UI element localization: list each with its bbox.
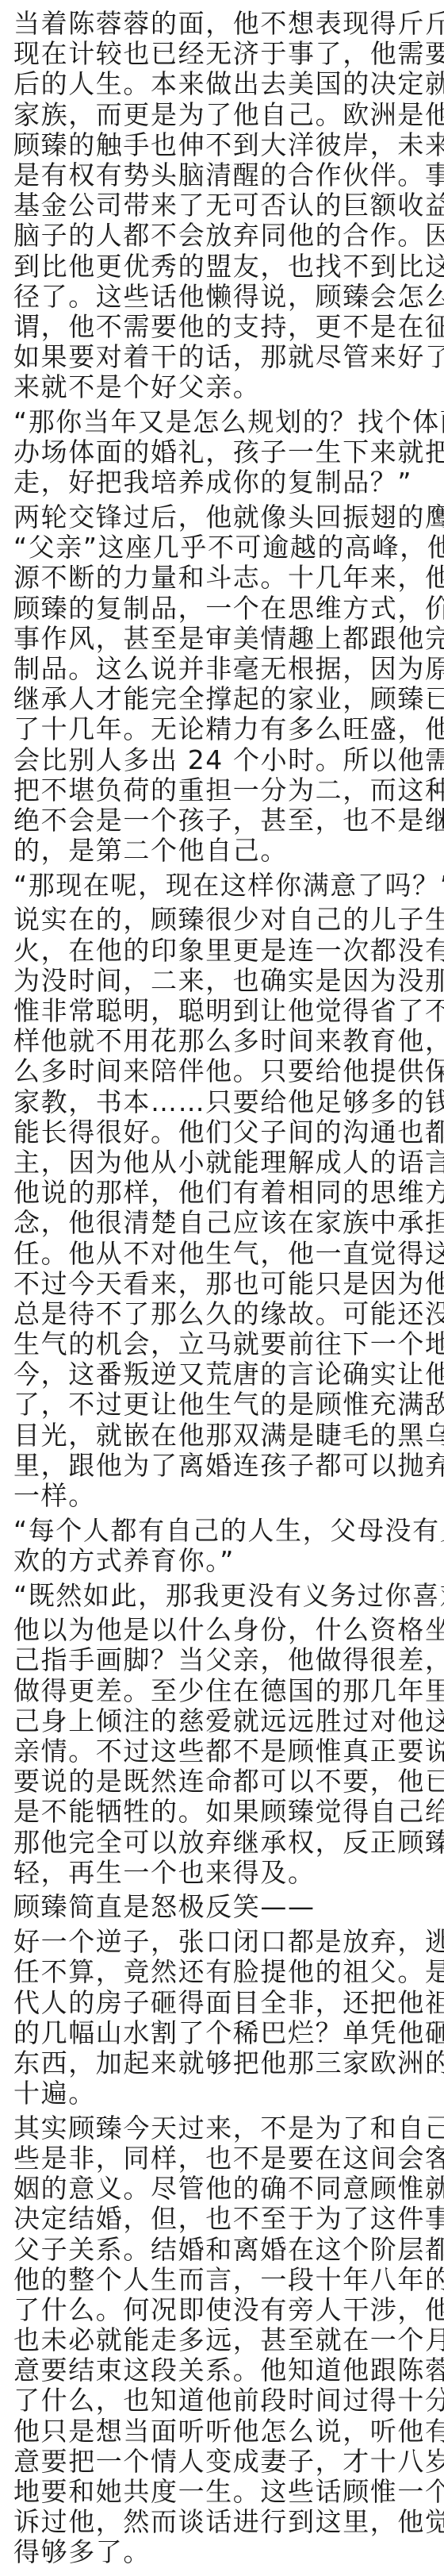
text-line: 办场体面的婚礼，孩子一生下来就把这个女人撵 xyxy=(13,437,444,467)
text-line: 总是待不了那么久的缘故。可能还没赶上要对他 xyxy=(13,1299,444,1329)
text-line: 代人的房子砸得面目全非，还把他祖父生前最爱 xyxy=(13,1988,444,2018)
text-line: 今，这番叛逆又荒唐的言论确实让他有点生气 xyxy=(13,1359,444,1390)
text-line: 意要结束这段关系。他知道他跟陈蓉蓉之间发生 xyxy=(13,2355,444,2386)
text-line: 亲情。不过这些都不是顾惟真正要说的，他真正 xyxy=(13,1736,444,1767)
paragraph: “既然如此，那我更没有义务过你喜欢的人生。” xyxy=(13,1581,444,1611)
text-line: 念，他很清楚自己应该在家族中承担怎样的责 xyxy=(13,1208,444,1238)
text-line: 把不堪负荷的重担一分为二，而这种需要指向的 xyxy=(13,775,444,805)
text-line: 顾臻简直是怒极反笑—— xyxy=(13,1892,444,1922)
text-line: 他的整个人生而言，一段十年八年的婚姻也算不 xyxy=(13,2265,444,2295)
text-line: 会比别人多出 24 个小时。所以他需要有人为他 xyxy=(13,745,444,775)
text-line: 谓，他不需要他的支持，更不是在征求他的同意。 xyxy=(13,312,444,342)
text-line: 了十几年。无论精力有多么旺盛，他的一天也不 xyxy=(13,714,444,744)
text-line: 顾臻的复制品，一个在思维方式，价值观念，行 xyxy=(13,594,444,624)
text-line: 父子关系。结婚和离婚在这个阶层都很常见，对 xyxy=(13,2235,444,2265)
text-line: 姻的意义。尽管他的确不同意顾惟就这么草率地 xyxy=(13,2174,444,2204)
text-line: 轻，再生一个也来得及。 xyxy=(13,1858,444,1888)
text-line: 基金公司带来了无可否认的巨额收益，但凡有点 xyxy=(13,190,444,221)
text-line: 为没时间，二来，也确实是因为没那个必要。顾 xyxy=(13,966,444,996)
text-line: 说实在的，顾臻很少对自己的儿子生气，至于发 xyxy=(13,905,444,935)
text-line: 要说的是既然连命都可以不要，他已经没有什么 xyxy=(13,1767,444,1797)
paragraph: “那你当年又是怎么规划的？找个体面的女人，办场体面的婚礼，孩子一生下来就把这个女… xyxy=(13,407,444,498)
text-line: 径了。这些话他懒得说，顾臻会怎么想他也无所 xyxy=(13,282,444,312)
text-line: 一样。 xyxy=(13,1481,444,1511)
text-line: 十遍。 xyxy=(13,2078,444,2109)
text-line: 地要和她共度一生。这些话顾惟一个字都不曾告 xyxy=(13,2477,444,2507)
paragraph: “那现在呢，现在这样你满意了吗？” xyxy=(13,871,444,901)
text-line: 做得更差。至少住在德国的那几年里，祖父在自 xyxy=(13,1676,444,1706)
text-line: 他说的那样，他们有着相同的思维方式和价值观 xyxy=(13,1178,444,1208)
text-line: 当着陈蓉蓉的面，他不想表现得斤斤计较，而且 xyxy=(13,9,444,39)
paragraph: 两轮交锋过后，他就像头回振翅的鹰一样，面对“父亲”这座几乎不可逾越的高峰，他竟感… xyxy=(13,502,444,866)
paragraph: 好一个逆子，张口闭口都是放弃，逃避自己的责任不算，竟然还有脸提他的祖父。是谁把住… xyxy=(13,1927,444,2109)
text-line: 后的人生。本来做出去美国的决定就不只是为了 xyxy=(13,69,444,99)
text-line: 的，是第二个他自己。 xyxy=(13,836,444,866)
text-line: 任不算，竟然还有脸提他的祖父。是谁把住了三 xyxy=(13,1957,444,1987)
text-line: 脑子的人都不会放弃同他的合作。因为他们找不 xyxy=(13,221,444,251)
text-line: 里，跟他为了离婚连孩子都可以抛弃的母亲一模 xyxy=(13,1451,444,1481)
text-line: 是不能牺牲的。如果顾臻觉得自己给了他一切， xyxy=(13,1797,444,1827)
text-line: 两轮交锋过后，他就像头回振翅的鹰一样，面对 xyxy=(13,502,444,533)
text-line: 顾臻的触手也伸不到大洋彼岸，未来，那边有的 xyxy=(13,130,444,160)
text-line: 样他就不用花那么多时间来教育他，也不用花那 xyxy=(13,1026,444,1056)
text-line: 也未必就能走多远，甚至就在一个月前，他还决 xyxy=(13,2325,444,2355)
text-line: 到比他更优秀的盟友，也找不到比这更赚钱的途 xyxy=(13,252,444,282)
text-line: 决定结婚，但，也不至于为了这件事就跟他断绝 xyxy=(13,2204,444,2234)
text-line: “那现在呢，现在这样你满意了吗？” xyxy=(13,871,444,901)
paragraph: 他以为他是以什么身份，什么资格坐在这儿对自己指手画脚？当父亲，他做得很差，当儿子… xyxy=(13,1615,444,1888)
text-line: 主，因为他从小就能理解成人的语言，而且就像 xyxy=(13,1148,444,1178)
text-line: 火，在他的印象里更是连一次都没有。一来是因 xyxy=(13,936,444,966)
text-line: 的几幅山水割了个稀巴烂？单凭他砸坏的那些 xyxy=(13,2018,444,2048)
paragraph: 顾臻简直是怒极反笑—— xyxy=(13,1892,444,1922)
text-line: 走，好把我培养成你的复制品？” xyxy=(13,467,444,498)
text-line: 任。他从不对他生气，他一直觉得这就是原因， xyxy=(13,1239,444,1269)
text-line: 惟非常聪明，聪明到让他觉得省了不少麻烦，这 xyxy=(13,996,444,1026)
text-line: 意要把一个情人变成妻子，才十八岁就信誓旦旦 xyxy=(13,2447,444,2477)
text-line: 诉过他，然而谈话进行到这里，他觉得他已经听 xyxy=(13,2507,444,2537)
text-line: 家教，书本……只要给他足够多的钱，他自己就 xyxy=(13,1087,444,1117)
paragraph: 当着陈蓉蓉的面，他不想表现得斤斤计较，而且现在计较也已经无济于事了，他需要抓紧的… xyxy=(13,9,444,402)
text-line: 能长得很好。他们父子间的沟通也都是以谈话为 xyxy=(13,1117,444,1148)
text-line: 源不断的力量和斗志。十几年来，他一直活得像 xyxy=(13,563,444,593)
article-body: 当着陈蓉蓉的面，他不想表现得斤斤计较，而且现在计较也已经无济于事了，他需要抓紧的… xyxy=(0,0,444,2572)
text-line: 来就不是个好父亲。 xyxy=(13,372,444,402)
paragraph: “每个人都有自己的人生，父母没有义务用你喜欢的方式养育你。” xyxy=(13,1516,444,1576)
text-line: 继承人才能完全撑起的家业，顾臻已经独自维系 xyxy=(13,684,444,714)
text-line: 么多时间来陪伴他。只要给他提供保姆，仆人， xyxy=(13,1056,444,1086)
text-line: 其实顾臻今天过来，不是为了和自己的孩子争这 xyxy=(13,2113,444,2143)
text-line: 了，不过更让他生气的是顾惟充满敌意与挑衅的 xyxy=(13,1390,444,1420)
text-line: 现在计较也已经无济于事了，他需要抓紧的是今 xyxy=(13,39,444,69)
text-line: “父亲”这座几乎不可逾越的高峰，他竟感受到源 xyxy=(13,533,444,563)
text-line: 制品。这么说并非毫无根据，因为原本需要几个 xyxy=(13,654,444,684)
text-line: 好一个逆子，张口闭口都是放弃，逃避自己的责 xyxy=(13,1927,444,1957)
text-line: 他以为他是以什么身份，什么资格坐在这儿对自 xyxy=(13,1615,444,1645)
text-line: 欢的方式养育你。” xyxy=(13,1546,444,1576)
text-line: “既然如此，那我更没有义务过你喜欢的人生。” xyxy=(13,1581,444,1611)
text-line: “每个人都有自己的人生，父母没有义务用你喜 xyxy=(13,1516,444,1546)
text-line: 东西，加起来就够把他那三家欧洲的小公司收购 xyxy=(13,2048,444,2078)
text-line: 那他完全可以放弃继承权，反正顾臻现在还年 xyxy=(13,1828,444,1858)
paragraph: 其实顾臻今天过来，不是为了和自己的孩子争这些是非，同样，也不是要在这间会客室里讨… xyxy=(13,2113,444,2568)
text-line: 如果要对着干的话，那就尽管来好了，反正他从 xyxy=(13,342,444,372)
text-line: 己指手画脚？当父亲，他做得很差，当儿子，他 xyxy=(13,1645,444,1675)
text-line: 家族，而更是为了他自己。欧洲是他的大本营， xyxy=(13,100,444,130)
text-line: 了什么，也知道他前段时间过得十分痛苦，所以， xyxy=(13,2386,444,2416)
paragraph: 说实在的，顾臻很少对自己的儿子生气，至于发火，在他的印象里更是连一次都没有。一来… xyxy=(13,905,444,1511)
text-line: 了什么。何况即使没有旁人干涉，他和那个姑娘 xyxy=(13,2295,444,2325)
text-line: 是有权有势头脑清醒的合作伙伴。事实就是他给 xyxy=(13,160,444,190)
text-line: 不过今天看来，那也可能只是因为他在他的身边 xyxy=(13,1269,444,1299)
text-line: 事作风，甚至是审美情趣上都跟他完全一致的复 xyxy=(13,624,444,654)
text-line: 目光，就嵌在他那双满是睫毛的黑乌乌的眼睛 xyxy=(13,1421,444,1451)
text-line: 得够多了。 xyxy=(13,2537,444,2567)
text-line: 己身上倾注的慈爱就远远胜过对他这个儿子的 xyxy=(13,1706,444,1736)
text-line: 些是非，同样，也不是要在这间会客室里讨论婚 xyxy=(13,2143,444,2174)
text-line: 生气的机会，立马就要前往下一个地方……如 xyxy=(13,1329,444,1359)
text-line: 他只是想当面听听他怎么说，听他有什么理由执 xyxy=(13,2416,444,2447)
text-line: 绝不会是一个孩子，甚至，也不是继承人。他要 xyxy=(13,805,444,836)
text-line: “那你当年又是怎么规划的？找个体面的女人， xyxy=(13,407,444,437)
